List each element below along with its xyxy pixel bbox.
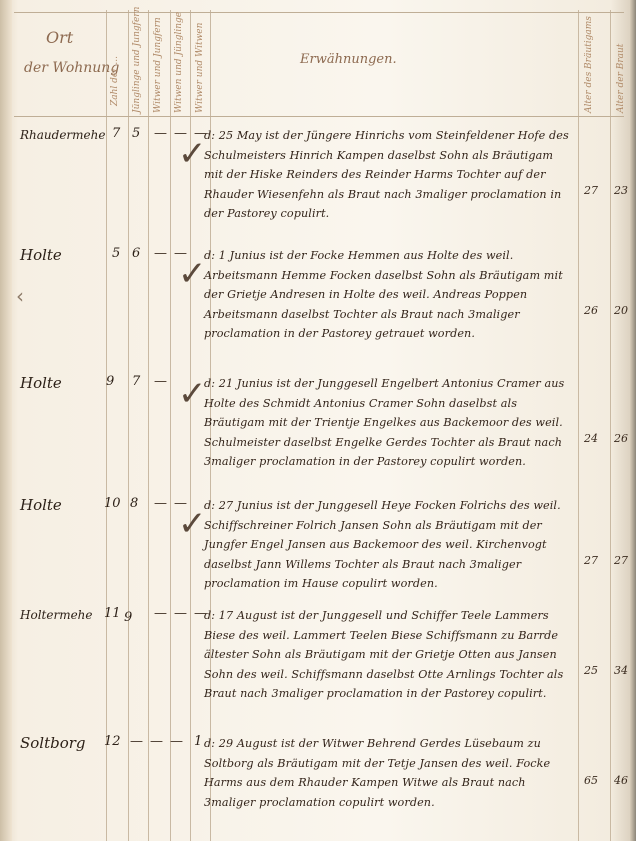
entry-col2: 8 (130, 496, 138, 511)
entry-age-groom: 25 (584, 664, 598, 677)
entry-age-groom: 27 (584, 554, 598, 567)
entry-place: Holte (20, 246, 62, 264)
checkmark-icon: ✓ (178, 374, 207, 414)
header-place-line1: Ort (46, 28, 73, 47)
entry-col3: — (154, 246, 167, 261)
entry-col3: — (154, 126, 167, 141)
header-age-bride: Alter der Braut (616, 18, 626, 113)
entry-age-bride: 20 (614, 304, 628, 317)
entry-col2: — (130, 734, 143, 749)
entry-col3: — (154, 606, 167, 621)
column-rule (148, 10, 149, 841)
entry-age-groom: 65 (584, 774, 598, 787)
page-edge (630, 0, 636, 841)
entry-text: d: 1 Junius ist der Focke Hemmen aus Hol… (204, 246, 574, 344)
entry-place: Holte (20, 496, 62, 514)
entry-col1: 10 (104, 496, 121, 511)
entry-place: Holtermehe (20, 608, 93, 622)
header-place-line2: der Wohnung (24, 60, 119, 76)
column-rule (170, 10, 171, 841)
entry-col1: 11 (104, 606, 121, 621)
entry-col2: 7 (132, 374, 140, 389)
entry-age-groom: 26 (584, 304, 598, 317)
book-binding (0, 0, 12, 841)
top-rule (14, 12, 624, 13)
entry-age-bride: 26 (614, 432, 628, 445)
entry-age-groom: 27 (584, 184, 598, 197)
checkmark-icon: ✓ (178, 254, 207, 294)
entry-col2: 9 (124, 610, 132, 625)
entry-age-bride: 34 (614, 664, 628, 677)
entry-text: d: 29 August ist der Witwer Behrend Gerd… (204, 734, 574, 812)
header-remarks: Erwähnungen. (300, 52, 397, 67)
entry-place: Holte (20, 374, 62, 392)
entry-place: Rhaudermehe (20, 128, 105, 142)
entry-col3: — (154, 374, 167, 389)
column-rule (106, 10, 107, 841)
column-rule (578, 10, 579, 841)
checkmark-icon: ✓ (178, 504, 207, 544)
entry-col1: 7 (112, 126, 120, 141)
entry-col3: — (154, 496, 167, 511)
entry-age-groom: 24 (584, 432, 598, 445)
entry-place: Soltborg (20, 734, 86, 752)
entry-col5: 1 (194, 734, 202, 749)
register-page: Ort der Wohnung Zahl der ... Jünglinge u… (0, 0, 636, 841)
checkmark-icon: ✓ (178, 134, 207, 174)
entry-text: d: 25 May ist der Jüngere Hinrichs vom S… (204, 126, 574, 224)
entry-age-bride: 46 (614, 774, 628, 787)
entry-col2: 6 (132, 246, 140, 261)
margin-mark: ‹ (16, 284, 24, 308)
header-col-5: Witwer und Witwen (195, 18, 205, 113)
entry-age-bride: 23 (614, 184, 628, 197)
entry-col1: 5 (112, 246, 120, 261)
entry-col1: 12 (104, 734, 121, 749)
entry-col2: 5 (132, 126, 140, 141)
header-col-3: Witwer und Jungfern (153, 18, 163, 113)
entry-age-bride: 27 (614, 554, 628, 567)
header-rule (14, 116, 624, 117)
header-col-2: Jünglinge und Jungfern (132, 18, 142, 113)
entry-col3: — (150, 734, 163, 749)
entry-col4: — (170, 734, 183, 749)
entry-text: d: 17 August ist der Junggesell und Schi… (204, 606, 574, 704)
entry-text: d: 27 Junius ist der Junggesell Heye Foc… (204, 496, 574, 594)
column-rule (128, 10, 129, 841)
header-age-groom: Alter des Bräutigams (584, 18, 594, 113)
entry-col4: — (174, 606, 187, 621)
header-col-4: Witwen und Jünglinge (174, 18, 184, 113)
entry-col1: 9 (106, 374, 114, 389)
entry-text: d: 21 Junius ist der Junggesell Engelber… (204, 374, 574, 472)
header-col-1: Zahl der ... (110, 26, 120, 106)
column-rule (610, 10, 611, 841)
